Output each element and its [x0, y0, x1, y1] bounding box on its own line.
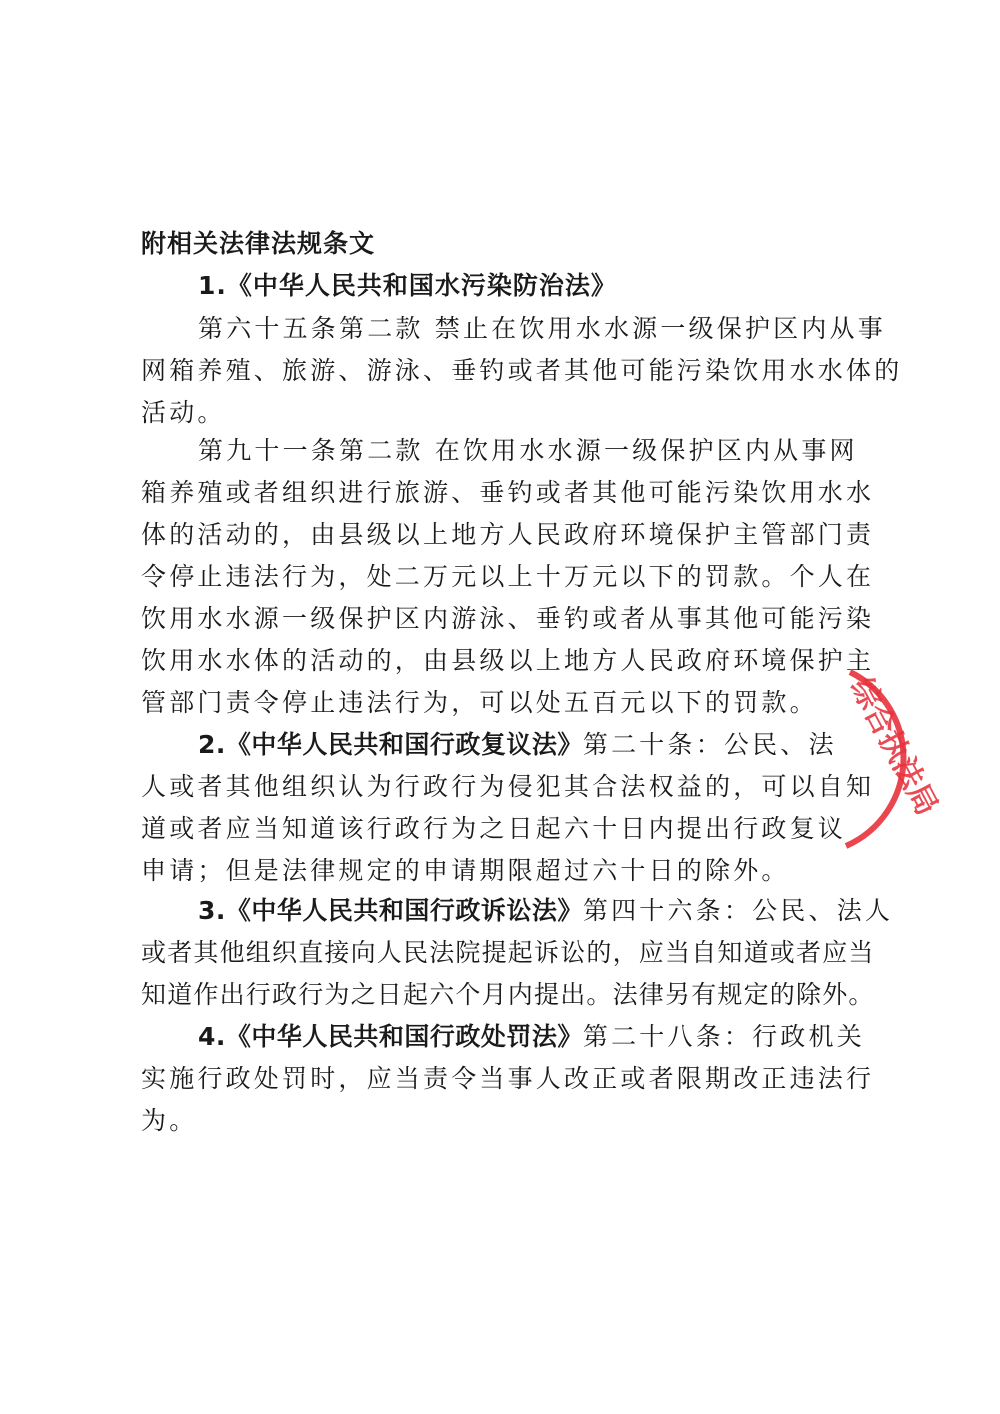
- section-3-heading: 3.《中华人民共和国行政诉讼法》: [198, 896, 583, 925]
- section-3-article: 第四十六条：公民、法人: [583, 896, 893, 925]
- section-2-first-line: 2.《中华人民共和国行政复议法》第二十条：公民、法: [198, 727, 837, 763]
- paragraph-line: 箱养殖或者组织进行旅游、垂钓或者其他可能污染饮用水水: [141, 475, 874, 511]
- section-2-heading: 2.《中华人民共和国行政复议法》: [198, 730, 583, 759]
- paragraph-line: 为。: [141, 1103, 197, 1139]
- paragraph-line: 体的活动的，由县级以上地方人民政府环境保护主管部门责: [141, 517, 874, 553]
- document-title: 附相关法律法规条文: [141, 226, 375, 262]
- section-4-heading: 4.《中华人民共和国行政处罚法》: [198, 1022, 583, 1051]
- section-4-first-line: 4.《中华人民共和国行政处罚法》第二十八条：行政机关: [198, 1019, 865, 1055]
- paragraph-line: 活动。: [141, 395, 226, 431]
- paragraph-line: 饮用水水源一级保护区内游泳、垂钓或者从事其他可能污染: [141, 601, 874, 637]
- paragraph-line: 实施行政处罚时，应当责令当事人改正或者限期改正违法行: [141, 1061, 874, 1097]
- paragraph-line: 知道作出行政行为之日起六个月内提出。法律另有规定的除外。: [141, 977, 875, 1013]
- section-1-heading: 1.《中华人民共和国水污染防治法》: [198, 268, 617, 304]
- paragraph-line: 第六十五条第二款 禁止在饮用水水源一级保护区内从事: [198, 311, 886, 347]
- section-2-article: 第二十条：公民、法: [583, 730, 837, 759]
- document-page: 附相关法律法规条文 1.《中华人民共和国水污染防治法》 第六十五条第二款 禁止在…: [0, 0, 1000, 1414]
- paragraph-line: 管部门责令停止违法行为，可以处五百元以下的罚款。: [141, 685, 818, 721]
- paragraph-line: 申请；但是法律规定的申请期限超过六十日的除外。: [141, 853, 790, 889]
- paragraph-line: 网箱养殖、旅游、游泳、垂钓或者其他可能污染饮用水水体的: [141, 353, 902, 389]
- paragraph-line: 饮用水水体的活动的，由县级以上地方人民政府环境保护主: [141, 643, 874, 679]
- paragraph-line: 或者其他组织直接向人民法院提起诉讼的，应当自知道或者应当: [141, 935, 875, 971]
- section-3-first-line: 3.《中华人民共和国行政诉讼法》第四十六条：公民、法人: [198, 893, 893, 929]
- paragraph-line: 人或者其他组织认为行政行为侵犯其合法权益的，可以自知: [141, 769, 874, 805]
- paragraph-line: 道或者应当知道该行政行为之日起六十日内提出行政复议: [141, 811, 846, 847]
- paragraph-line: 令停止违法行为，处二万元以上十万元以下的罚款。个人在: [141, 559, 874, 595]
- section-4-article: 第二十八条：行政机关: [583, 1022, 865, 1051]
- paragraph-line: 第九十一条第二款 在饮用水水源一级保护区内从事网: [198, 433, 858, 469]
